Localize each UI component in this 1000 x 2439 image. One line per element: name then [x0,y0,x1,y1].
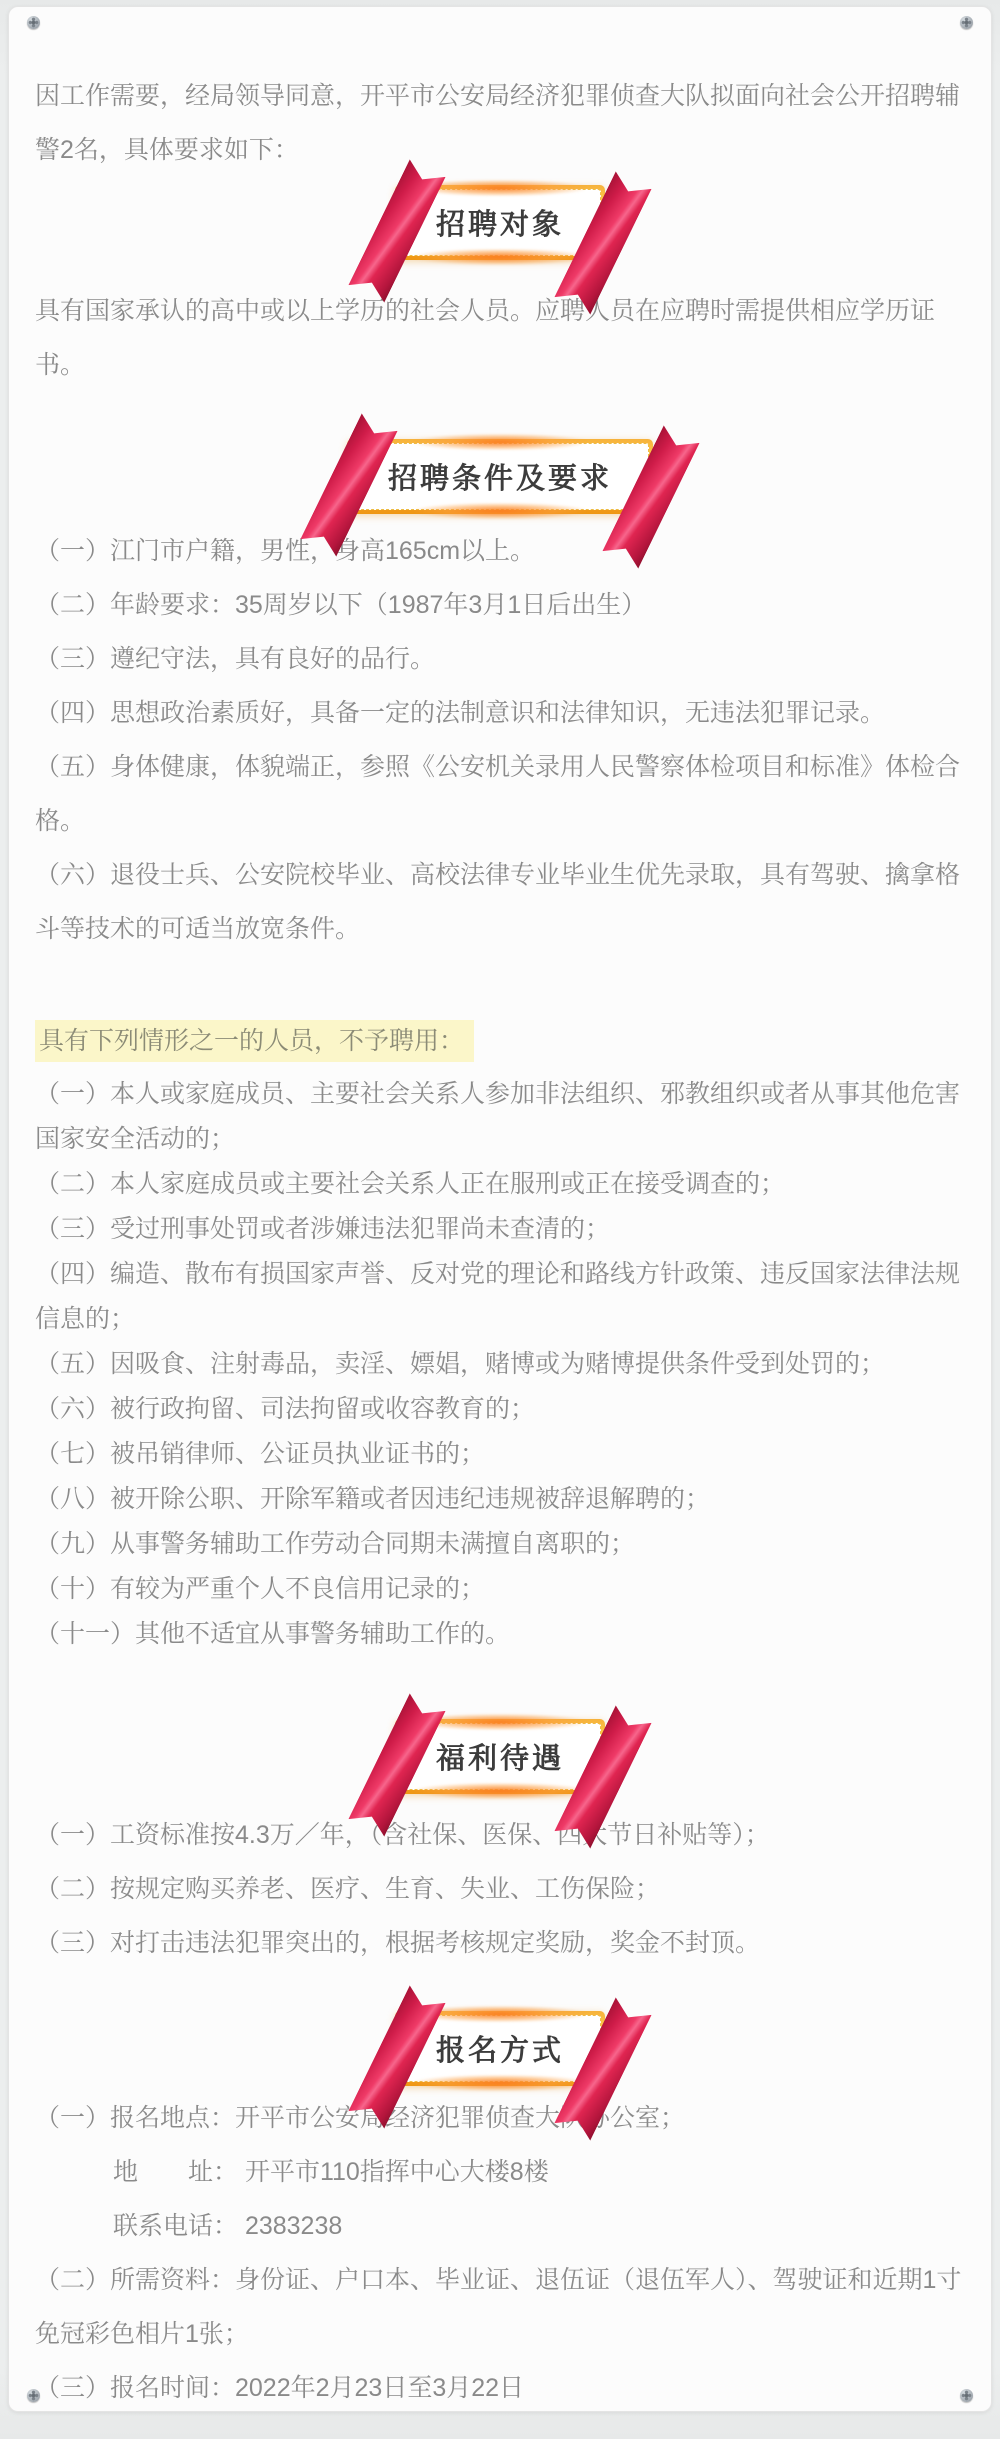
badge-frame: 福利待遇 [395,1719,605,1794]
list-item: （十）有较为严重个人不良信用记录的； [35,1567,965,1612]
highlighted-text: 具有下列情形之一的人员，不予聘用： [35,1020,474,1062]
list-item: （五）因吸食、注射毒品，卖淫、嫖娼，赌博或为赌博提供条件受到处罚的； [35,1342,965,1387]
exclusions-list: （一）本人或家庭成员、主要社会关系人参加非法组织、邪教组织或者从事其他危害国家安… [35,1072,965,1657]
list-item: （一）工资标准按4.3万／年，（含社保、医保、四大节日补贴等）； [35,1808,965,1862]
list-item: （三）对打击违法犯罪突出的，根据考核规定奖励，奖金不封顶。 [35,1916,965,1970]
list-item: （一）本人或家庭成员、主要社会关系人参加非法组织、邪教组织或者从事其他危害国家安… [35,1072,965,1162]
list-item: （二）按规定购买养老、医疗、生育、失业、工伤保险； [35,1862,965,1916]
signup-time: （三）报名时间：2022年2月23日至3月22日 [35,2361,965,2415]
intro-paragraph: 因工作需要，经局领导同意，开平市公安局经济犯罪侦查大队拟面向社会公开招聘辅警2名… [35,69,965,177]
signup-address: 地 址： 开平市110指挥中心大楼8楼 [35,2145,965,2199]
list-item: （五）身体健康，体貌端正，参照《公安机关录用人民警察体检项目和标准》体检合格。 [35,740,965,848]
badge-frame: 招聘对象 [395,185,605,260]
signup-location: （一）报名地点：开平市公安局经济犯罪侦查大队办公室； [35,2091,965,2145]
announcement-card: 因工作需要，经局领导同意，开平市公安局经济犯罪侦查大队拟面向社会公开招聘辅警2名… [8,6,992,2412]
section-badge-signup: 报名方式 [35,2011,965,2086]
list-item: （三）受过刑事处罚或者涉嫌违法犯罪尚未查清的； [35,1207,965,1252]
list-item: （六）退役士兵、公安院校毕业、高校法律专业毕业生优先录取，具有驾驶、擒拿格斗等技… [35,848,965,956]
list-item: （三）遵纪守法，具有良好的品行。 [35,632,965,686]
corner-pin-icon [27,2389,40,2402]
section-badge-target: 招聘对象 [35,185,965,260]
exclusions-heading-line: 具有下列情形之一的人员，不予聘用： [35,1014,965,1072]
section-title: 招聘条件及要求 [351,443,649,510]
signup-phone: 联系电话： 2383238 [35,2199,965,2253]
list-item: （一）江门市户籍，男性，身高165cm以上。 [35,524,965,578]
corner-pin-icon [960,16,973,29]
conditions-list: （一）江门市户籍，男性，身高165cm以上。 （二）年龄要求：35周岁以下（19… [35,524,965,956]
list-item: （四）编造、散布有损国家声誉、反对党的理论和路线方针政策、违反国家法律法规信息的… [35,1252,965,1342]
list-item: （七）被吊销律师、公证员执业证书的； [35,1432,965,1477]
corner-pin-icon [27,16,40,29]
badge-frame: 招聘条件及要求 [347,439,653,514]
list-item: （八）被开除公职、开除军籍或者因违纪违规被辞退解聘的； [35,1477,965,1522]
section-badge-conditions: 招聘条件及要求 [35,439,965,514]
section-badge-benefits: 福利待遇 [35,1719,965,1794]
list-item: （二）年龄要求：35周岁以下（1987年3月1日后出生） [35,578,965,632]
section-title: 招聘对象 [399,189,601,256]
benefits-list: （一）工资标准按4.3万／年，（含社保、医保、四大节日补贴等）； （二）按规定购… [35,1808,965,1970]
signup-list: （一）报名地点：开平市公安局经济犯罪侦查大队办公室； 地 址： 开平市110指挥… [35,2091,965,2415]
badge-frame: 报名方式 [395,2011,605,2086]
list-item: （二）本人家庭成员或主要社会关系人正在服刑或正在接受调查的； [35,1162,965,1207]
section-title: 报名方式 [399,2015,601,2082]
list-item: （六）被行政拘留、司法拘留或收容教育的； [35,1387,965,1432]
list-item: （十一）其他不适宜从事警务辅助工作的。 [35,1612,965,1657]
target-body: 具有国家承认的高中或以上学历的社会人员。应聘人员在应聘时需提供相应学历证书。 [35,284,965,392]
signup-materials: （二）所需资料：身份证、户口本、毕业证、退伍证（退伍军人）、驾驶证和近期1寸免冠… [35,2253,965,2361]
corner-pin-icon [960,2389,973,2402]
list-item: （四）思想政治素质好，具备一定的法制意识和法律知识，无违法犯罪记录。 [35,686,965,740]
list-item: （九）从事警务辅助工作劳动合同期未满擅自离职的； [35,1522,965,1567]
section-title: 福利待遇 [399,1723,601,1790]
